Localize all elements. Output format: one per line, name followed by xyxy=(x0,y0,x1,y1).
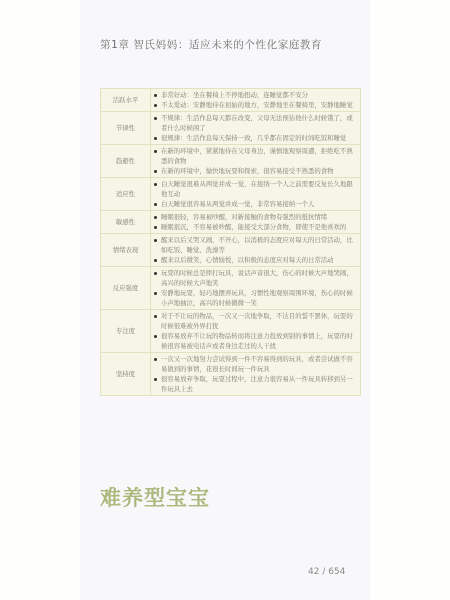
bullet-item: 非常好动：坐在餐椅上不停地扭动，连睡觉都不安分 xyxy=(154,90,357,100)
bullet-item: 白天睡觉很难从两觉并成一觉，在接纳一个人之前需要反复长久地跟他互动 xyxy=(154,179,357,199)
trait-description: 非常好动：坐在餐椅上不停地扭动，连睡觉都不安分不太爱动：安静地待在初始的地方，安… xyxy=(151,89,361,112)
trait-description: 玩耍的时候总是摔打玩具，说话声音很大，伤心的时候大声地哭闹，高兴的时候大声地笑安… xyxy=(151,267,361,310)
bullet-item: 醒来以后微笑，心情愉悦，以积极的态度应对每天的日常活动 xyxy=(154,255,357,265)
table-row: 坚持度一次又一次地努力尝试得到一件不容易得到的玩具，或者尝试做不容易做到的事情，… xyxy=(101,353,361,396)
bullet-item: 玩耍的时候总是摔打玩具，说话声音很大，伤心的时候大声地哭闹，高兴的时候大声地笑 xyxy=(154,268,357,288)
bullet-item: 在新的环境中，愉快地玩耍和探索，很容易接受不熟悉的食物 xyxy=(154,166,357,176)
bullet-item: 不规律：生活作息每天都在改变，父母无法预估他什么时候饿了，或者什么时候困了 xyxy=(154,113,357,133)
trait-description: 不规律：生活作息每天都在改变，父母无法预估他什么时候饿了，或者什么时候困了很规律… xyxy=(151,112,361,145)
trait-description: 在新的环境中，紧紧地待在父母身边，谨慎地观察周遭，拒绝吃不熟悉的食物在新的环境中… xyxy=(151,145,361,178)
bullet-item: 安静地玩耍，轻巧地摆弄玩具，习惯性地观察周围环境，伤心的时候小声地抽泣，高兴的时… xyxy=(154,288,357,308)
trait-label: 反应强度 xyxy=(101,267,151,310)
table-row: 反应强度玩耍的时候总是摔打玩具，说话声音很大，伤心的时候大声地哭闹，高兴的时候大… xyxy=(101,267,361,310)
bullet-item: 对于不让玩的物品，一次又一次地争取，不达目的誓不罢休，玩耍的时候很难被外界打扰 xyxy=(154,311,357,331)
table-row: 节律性不规律：生活作息每天都在改变，父母无法预估他什么时候饿了，或者什么时候困了… xyxy=(101,112,361,145)
trait-label: 情绪表现 xyxy=(101,234,151,267)
bullet-item: 很规律：生活作息每天保持一致，几乎都在固定的时间吃饭和睡觉 xyxy=(154,133,357,143)
bullet-item: 醒来以后又哭又闹，不开心，以消极的态度应对每天的日常活动，比如吃饭、睡觉、洗澡等 xyxy=(154,235,357,255)
trait-description: 醒来以后又哭又闹，不开心，以消极的态度应对每天的日常活动，比如吃饭、睡觉、洗澡等… xyxy=(151,234,361,267)
table-row: 适应性白天睡觉很难从两觉并成一觉，在接纳一个人之前需要反复长久地跟他互动白天睡觉… xyxy=(101,178,361,211)
bullet-item: 很容易放弃不让玩的物品转而将注意力投放到别的事情上，玩耍的时候很容易被电话声或者… xyxy=(154,331,357,351)
table-row: 敏感性睡眠很轻，容易被吵醒，对新接触的食物有强烈的抵抗情绪睡眠很沉，不容易被吵醒… xyxy=(101,211,361,234)
bullet-item: 白天睡觉很容易从两觉并成一觉，非常容易接纳一个人 xyxy=(154,199,357,209)
trait-label: 敏感性 xyxy=(101,211,151,234)
chapter-title: 第1章 智氏妈妈：适应未来的个性化家庭教育 xyxy=(100,37,340,52)
table-row: 活跃水平非常好动：坐在餐椅上不停地扭动，连睡觉都不安分不太爱动：安静地待在初始的… xyxy=(101,89,361,112)
table-row: 专注度对于不让玩的物品，一次又一次地争取，不达目的誓不罢休，玩耍的时候很难被外界… xyxy=(101,310,361,353)
trait-label: 活跃水平 xyxy=(101,89,151,112)
trait-label: 趋避性 xyxy=(101,145,151,178)
trait-description: 白天睡觉很难从两觉并成一觉，在接纳一个人之前需要反复长久地跟他互动白天睡觉很容易… xyxy=(151,178,361,211)
table-row: 情绪表现醒来以后又哭又闹，不开心，以消极的态度应对每天的日常活动，比如吃饭、睡觉… xyxy=(101,234,361,267)
trait-label: 专注度 xyxy=(101,310,151,353)
trait-description: 对于不让玩的物品，一次又一次地争取，不达目的誓不罢休，玩耍的时候很难被外界打扰很… xyxy=(151,310,361,353)
bullet-item: 睡眠很轻，容易被吵醒，对新接触的食物有强烈的抵抗情绪 xyxy=(154,212,357,222)
bullet-item: 一次又一次地努力尝试得到一件不容易得到的玩具，或者尝试做不容易做到的事情，花很长… xyxy=(154,354,357,374)
bullet-item: 很容易放弃争取，玩耍过程中，注意力很容易从一件玩具转移到另一件玩具上去 xyxy=(154,374,357,394)
trait-label: 节律性 xyxy=(101,112,151,145)
temperament-table: 活跃水平非常好动：坐在餐椅上不停地扭动，连睡觉都不安分不太爱动：安静地待在初始的… xyxy=(100,88,361,396)
trait-description: 一次又一次地努力尝试得到一件不容易得到的玩具，或者尝试做不容易做到的事情，花很长… xyxy=(151,353,361,396)
bullet-item: 不太爱动：安静地待在初始的地方，安静地坐在餐椅里，安静地睡觉 xyxy=(154,100,357,110)
section-heading: 难养型宝宝 xyxy=(100,482,210,512)
bullet-item: 在新的环境中，紧紧地待在父母身边，谨慎地观察周遭，拒绝吃不熟悉的食物 xyxy=(154,146,357,166)
bullet-item: 睡眠很沉，不容易被吵醒，能接受大部分食物，即使不是他喜欢的 xyxy=(154,222,357,232)
trait-label: 适应性 xyxy=(101,178,151,211)
page-number: 42 / 654 xyxy=(308,567,345,577)
table-row: 趋避性在新的环境中，紧紧地待在父母身边，谨慎地观察周遭，拒绝吃不熟悉的食物在新的… xyxy=(101,145,361,178)
trait-description: 睡眠很轻，容易被吵醒，对新接触的食物有强烈的抵抗情绪睡眠很沉，不容易被吵醒，能接… xyxy=(151,211,361,234)
trait-label: 坚持度 xyxy=(101,353,151,396)
